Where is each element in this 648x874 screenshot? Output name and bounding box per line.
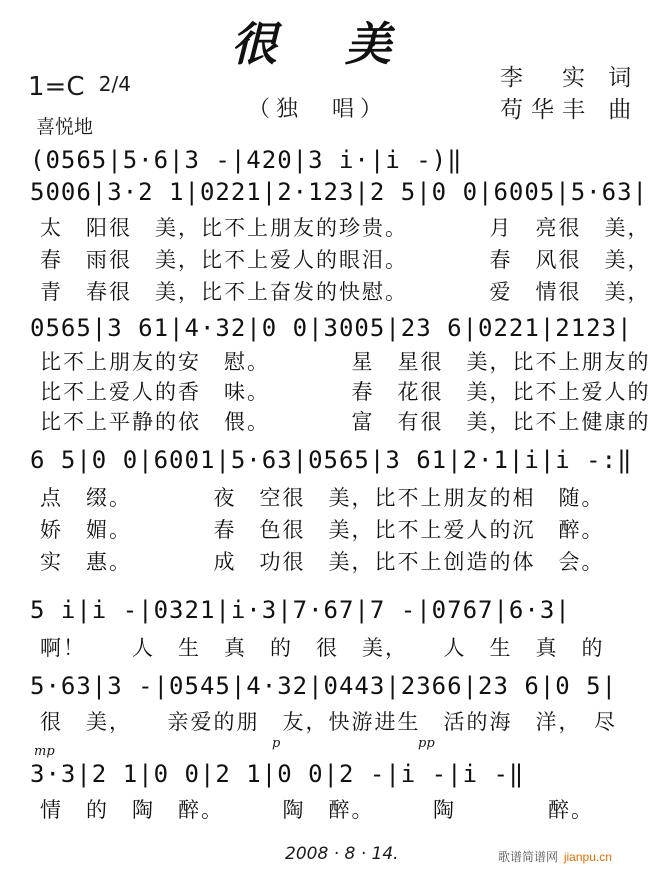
lyric-line-2-verse-1: 比不上朋友的安 慰。 星 星很 美，比不上朋友的 [40,346,648,376]
lyric-line-3-verse-2: 娇 媚。 春 色很 美，比不上爱人的沉 醉。 [40,514,605,544]
composition-date: 2008 · 8 · 14. [285,844,399,864]
time-signature: 2/4 [99,72,131,96]
composer-credit: 苟华丰 曲 [500,94,639,126]
notation-line-2: 0565|3 61|4·32|0 0|3005|23 6|0221|2123| [30,314,633,342]
lyric-line-3-verse-3: 实 惠。 成 功很 美，比不上创造的体 会。 [40,546,605,576]
lyric-line-5: 很 美， 亲爱的朋 友，快游进生 活的海 洋， 尽 [40,706,617,736]
lyric-line-1-verse-1: 太 阳很 美，比不上朋友的珍贵。 月 亮很 美， [40,212,648,242]
lyric-line-2-verse-3: 比不上平静的依 偎。 富 有很 美，比不上健康的 [40,406,648,436]
lyric-line-2-verse-2: 比不上爱人的香 味。 春 花很 美，比不上爱人的 [40,376,648,406]
watermark-site: jianpu.cn [564,850,612,864]
notation-line-6: 3·3|2 1|0 0|2 1|0 0|2 -|i -|i -‖ [30,760,524,788]
lyric-line-1-verse-3: 青 春很 美，比不上奋发的快慰。 爱 情很 美， [40,276,648,306]
key-signature: 1=C 2/4 [28,72,131,102]
lyric-line-1-verse-2: 春 雨很 美，比不上爱人的眼泪。 春 风很 美， [40,244,648,274]
notation-line-3: 6 5|0 0|6001|5·63|0565|3 61|2·1|i|i -:‖ [30,446,633,474]
notation-line-1: 5006|3·2 1|0221|2·123|2 5|0 0|6005|5·63| [30,178,648,206]
song-subtitle: （独 唱） [248,92,388,123]
watermark: 歌谱简谱网 jianpu.cn [498,848,612,865]
lyric-line-3-verse-1: 点 缀。 夜 空很 美，比不上朋友的相 随。 [40,482,605,512]
credits: 李 实 词 苟华丰 曲 [500,62,639,126]
watermark-text: 歌谱简谱网 [498,850,558,864]
dynamic-p: p [272,736,280,751]
notation-line-5: 5·63|3 -|0545|4·32|0443|2366|23 6|0 5| [30,672,617,700]
notation-line-intro: (0565|5·6|3 -|420|3 i·|i -)‖ [30,146,463,174]
notation-line-4: 5 i|i -|0321|i·3|7·67|7 -|0767|6·3| [30,596,571,624]
dynamic-pp: pp [418,736,435,751]
tempo-marking: 喜悦地 [36,112,93,139]
lyricist-credit: 李 实 词 [500,62,639,94]
key-label: 1=C [28,72,84,102]
lyric-line-6: 情 的 陶 醉。 陶 醉。 陶 醉。 [40,794,594,824]
lyric-line-4: 啊！ 人 生 真 的 很 美， 人 生 真 的 [40,632,605,662]
dynamic-mp: mp [34,744,55,759]
